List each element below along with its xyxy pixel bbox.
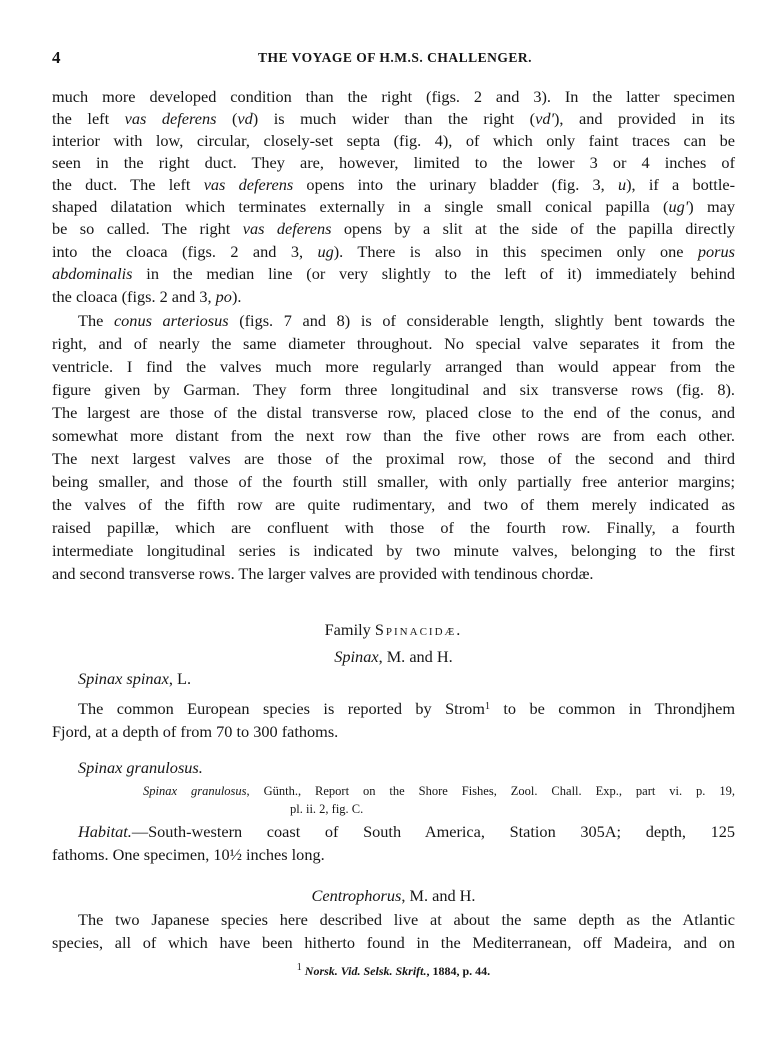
text-line: Fjord, at a depth of from 70 to 300 fath… [52, 721, 735, 743]
genus-heading-spinax: Spinax, M. and H. [52, 646, 735, 668]
reference-line: Spinax granulosus, Günth., Report on the… [143, 782, 735, 800]
text-line: intermediate longitudinal series is indi… [52, 540, 735, 562]
text-line: abdominalis in the median line (or very … [52, 263, 735, 285]
text-line: ventricle. I find the valves much more r… [52, 356, 735, 378]
reference-line: pl. ii. 2, fig. C. [290, 800, 590, 818]
text-line: figure given by Garman. They form three … [52, 379, 735, 401]
text-line: the left vas deferens (vd) is much wider… [52, 108, 735, 130]
text-line: somewhat more distant from the next row … [52, 425, 735, 447]
text-line: raised papillæ, which are confluent with… [52, 517, 735, 539]
text-line: shaped dilatation which terminates exter… [52, 196, 735, 218]
text-line: seen in the right duct. They are, howeve… [52, 152, 735, 174]
species-heading-spinax-granulosus: Spinax granulosus. [78, 757, 735, 779]
text-line: interior with low, circular, closely-set… [52, 130, 735, 152]
text-line: The next largest valves are those of the… [52, 448, 735, 470]
text-line: the duct. The left vas deferens opens in… [52, 174, 735, 196]
text-line: and second transverse rows. The larger v… [52, 563, 735, 585]
text-line: much more developed condition than the r… [52, 86, 735, 108]
text-line: into the cloaca (figs. 2 and 3, ug). The… [52, 241, 735, 263]
family-heading: Family Spinacidæ. [52, 619, 735, 641]
habitat-line: Habitat.—South-western coast of South Am… [78, 821, 735, 843]
text-line: species, all of which have been hitherto… [52, 932, 735, 954]
text-line: The two Japanese species here described … [78, 909, 735, 931]
text-line: be so called. The right vas deferens ope… [52, 218, 735, 240]
text-line: The common European species is reported … [78, 698, 735, 720]
text-line: The largest are those of the distal tran… [52, 402, 735, 424]
text-line: right, and of nearly the same diameter t… [52, 333, 735, 355]
text-line: The conus arteriosus (figs. 7 and 8) is … [78, 310, 735, 332]
species-heading-spinax-spinax: Spinax spinax, L. [78, 668, 735, 690]
text-line: the cloaca (figs. 2 and 3, po). [52, 286, 735, 308]
running-title: THE VOYAGE OF H.M.S. CHALLENGER. [52, 50, 738, 66]
text-line: being smaller, and those of the fourth s… [52, 471, 735, 493]
running-header: 4 THE VOYAGE OF H.M.S. CHALLENGER. [52, 48, 738, 72]
document-page: 4 THE VOYAGE OF H.M.S. CHALLENGER. much … [0, 0, 776, 1050]
habitat-line: fathoms. One specimen, 10½ inches long. [52, 844, 735, 866]
text-line: the valves of the fifth row are quite ru… [52, 494, 735, 516]
footnote: 1 Norsk. Vid. Selsk. Skrift., 1884, p. 4… [52, 960, 735, 982]
genus-heading-centrophorus: Centrophorus, M. and H. [52, 885, 735, 907]
